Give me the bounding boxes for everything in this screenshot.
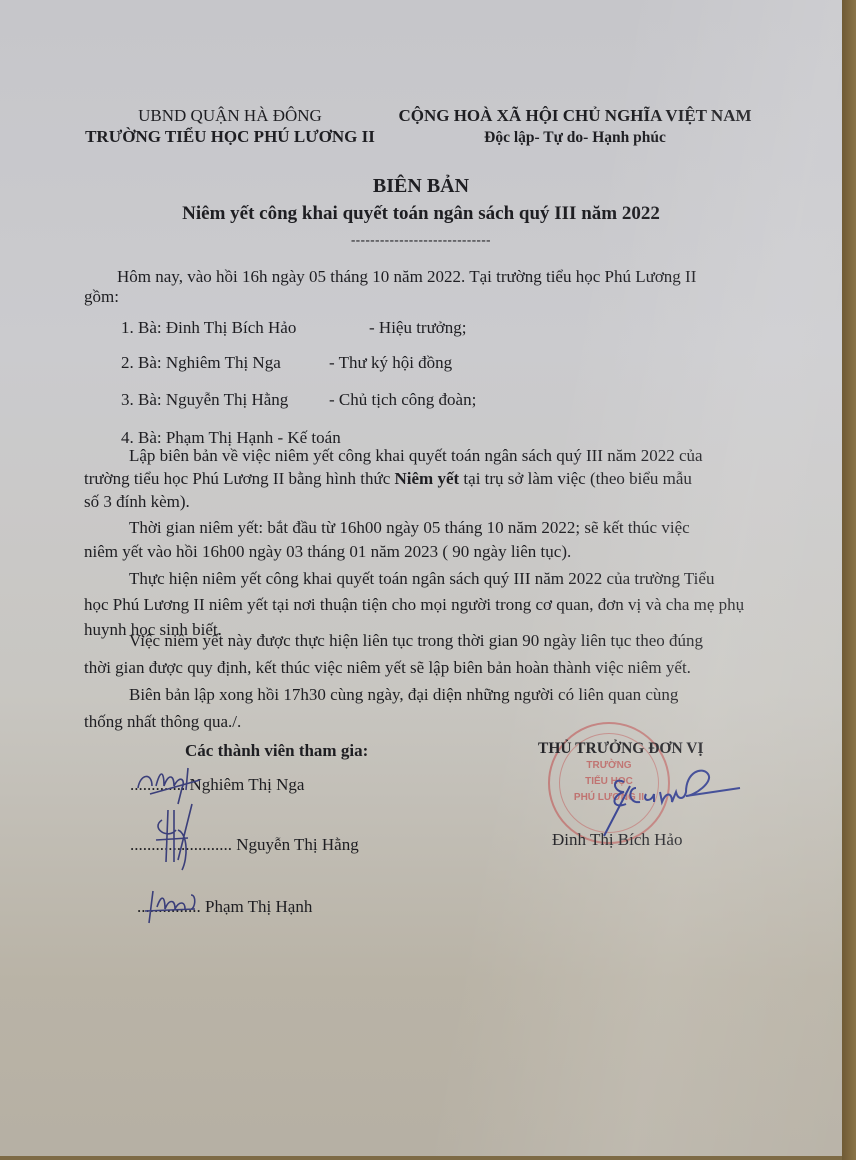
member-3-name: 3. Bà: Nguyễn Thị Hằng (121, 389, 288, 411)
para-2-line-2: niêm yết vào hồi 16h00 ngày 03 tháng 01 … (84, 541, 571, 563)
para-3-line-1: Thực hiện niêm yết công khai quyết toán … (129, 568, 714, 590)
intro-line-2: gồm: (84, 286, 119, 308)
signature-dots: ............. (130, 775, 185, 794)
head-of-unit-name: Đinh Thị Bích Hảo (552, 829, 682, 851)
signature-dots: ........................ (130, 835, 232, 854)
signer-name-hang: Nguyễn Thị Hằng (232, 835, 359, 854)
para-4-line-1: Việc niêm yết này được thực hiện liên tụ… (129, 630, 703, 652)
document-subtitle: Niêm yết công khai quyết toán ngân sách … (0, 200, 842, 228)
issuer-block: UBND QUẬN HÀ ĐÔNG TRƯỜNG TIỂU HỌC PHÚ LƯ… (80, 105, 380, 147)
background-surface (842, 0, 856, 1160)
para-1-text-a: trường tiểu học Phú Lương II bằng hình t… (84, 469, 395, 488)
member-2-role: - Thư ký hội đồng (329, 352, 452, 374)
para-1-line-1: Lập biên bản về việc niêm yết công khai … (129, 445, 703, 467)
para-5-line-2: thống nhất thông qua./. (84, 711, 241, 733)
national-title: CỘNG HOÀ XÃ HỘI CHỦ NGHĨA VIỆT NAM (390, 105, 760, 127)
member-3-role: - Chủ tịch công đoàn; (329, 389, 476, 411)
signer-row-hanh: ............... Phạm Thị Hạnh (137, 896, 312, 918)
signer-name-hanh: Phạm Thị Hạnh (201, 897, 313, 916)
para-1-line-2: trường tiểu học Phú Lương II bằng hình t… (84, 468, 692, 490)
members-signature-heading: Các thành viên tham gia: (185, 740, 368, 762)
stamp-line-1: TRƯỜNG (550, 760, 668, 771)
signer-name-nga: Nghiêm Thị Nga (185, 775, 304, 794)
para-1-text-b: tại trụ sở làm việc (theo biểu mẫu (459, 469, 692, 488)
para-4-line-2: thời gian được quy định, kết thúc việc n… (84, 657, 691, 679)
signer-row-hang: ........................ Nguyễn Thị Hằng (130, 834, 359, 856)
national-motto: Độc lập- Tự do- Hạnh phúc (390, 127, 760, 149)
member-2-name: 2. Bà: Nghiêm Thị Nga (121, 352, 281, 374)
para-1-line-3: số 3 đính kèm). (84, 491, 190, 513)
para-5-line-1: Biên bản lập xong hồi 17h30 cùng ngày, đ… (129, 684, 678, 706)
para-2-line-1: Thời gian niêm yết: bắt đầu từ 16h00 ngà… (129, 517, 690, 539)
member-1-role: - Hiệu trưởng; (369, 317, 467, 339)
head-of-unit-heading: THỦ TRƯỞNG ĐƠN VỊ (538, 738, 704, 760)
issuer-school: TRƯỜNG TIỂU HỌC PHÚ LƯƠNG II (80, 126, 380, 147)
document-page: UBND QUẬN HÀ ĐÔNG TRƯỜNG TIỂU HỌC PHÚ LƯ… (0, 0, 842, 1156)
issuer-authority: UBND QUẬN HÀ ĐÔNG (80, 105, 380, 126)
intro-line-1: Hôm nay, vào hồi 16h ngày 05 tháng 10 nă… (117, 266, 696, 288)
signer-row-nga: ............. Nghiêm Thị Nga (130, 774, 304, 796)
signature-dots: ............... (137, 897, 201, 916)
stamp-line-3: PHÚ LƯƠNG II (550, 792, 668, 803)
title-divider: ----------------------------- (0, 226, 842, 254)
para-3-line-2: học Phú Lương II niêm yết tại nơi thuận … (84, 594, 744, 616)
stamp-line-2: TIỂU HỌC (550, 776, 668, 787)
para-1-bold: Niêm yết (395, 469, 460, 488)
member-1-name: 1. Bà: Đinh Thị Bích Hảo (121, 317, 296, 339)
national-header: CỘNG HOÀ XÃ HỘI CHỦ NGHĨA VIỆT NAM Độc l… (390, 105, 760, 149)
document-title: BIÊN BẢN (0, 172, 842, 200)
